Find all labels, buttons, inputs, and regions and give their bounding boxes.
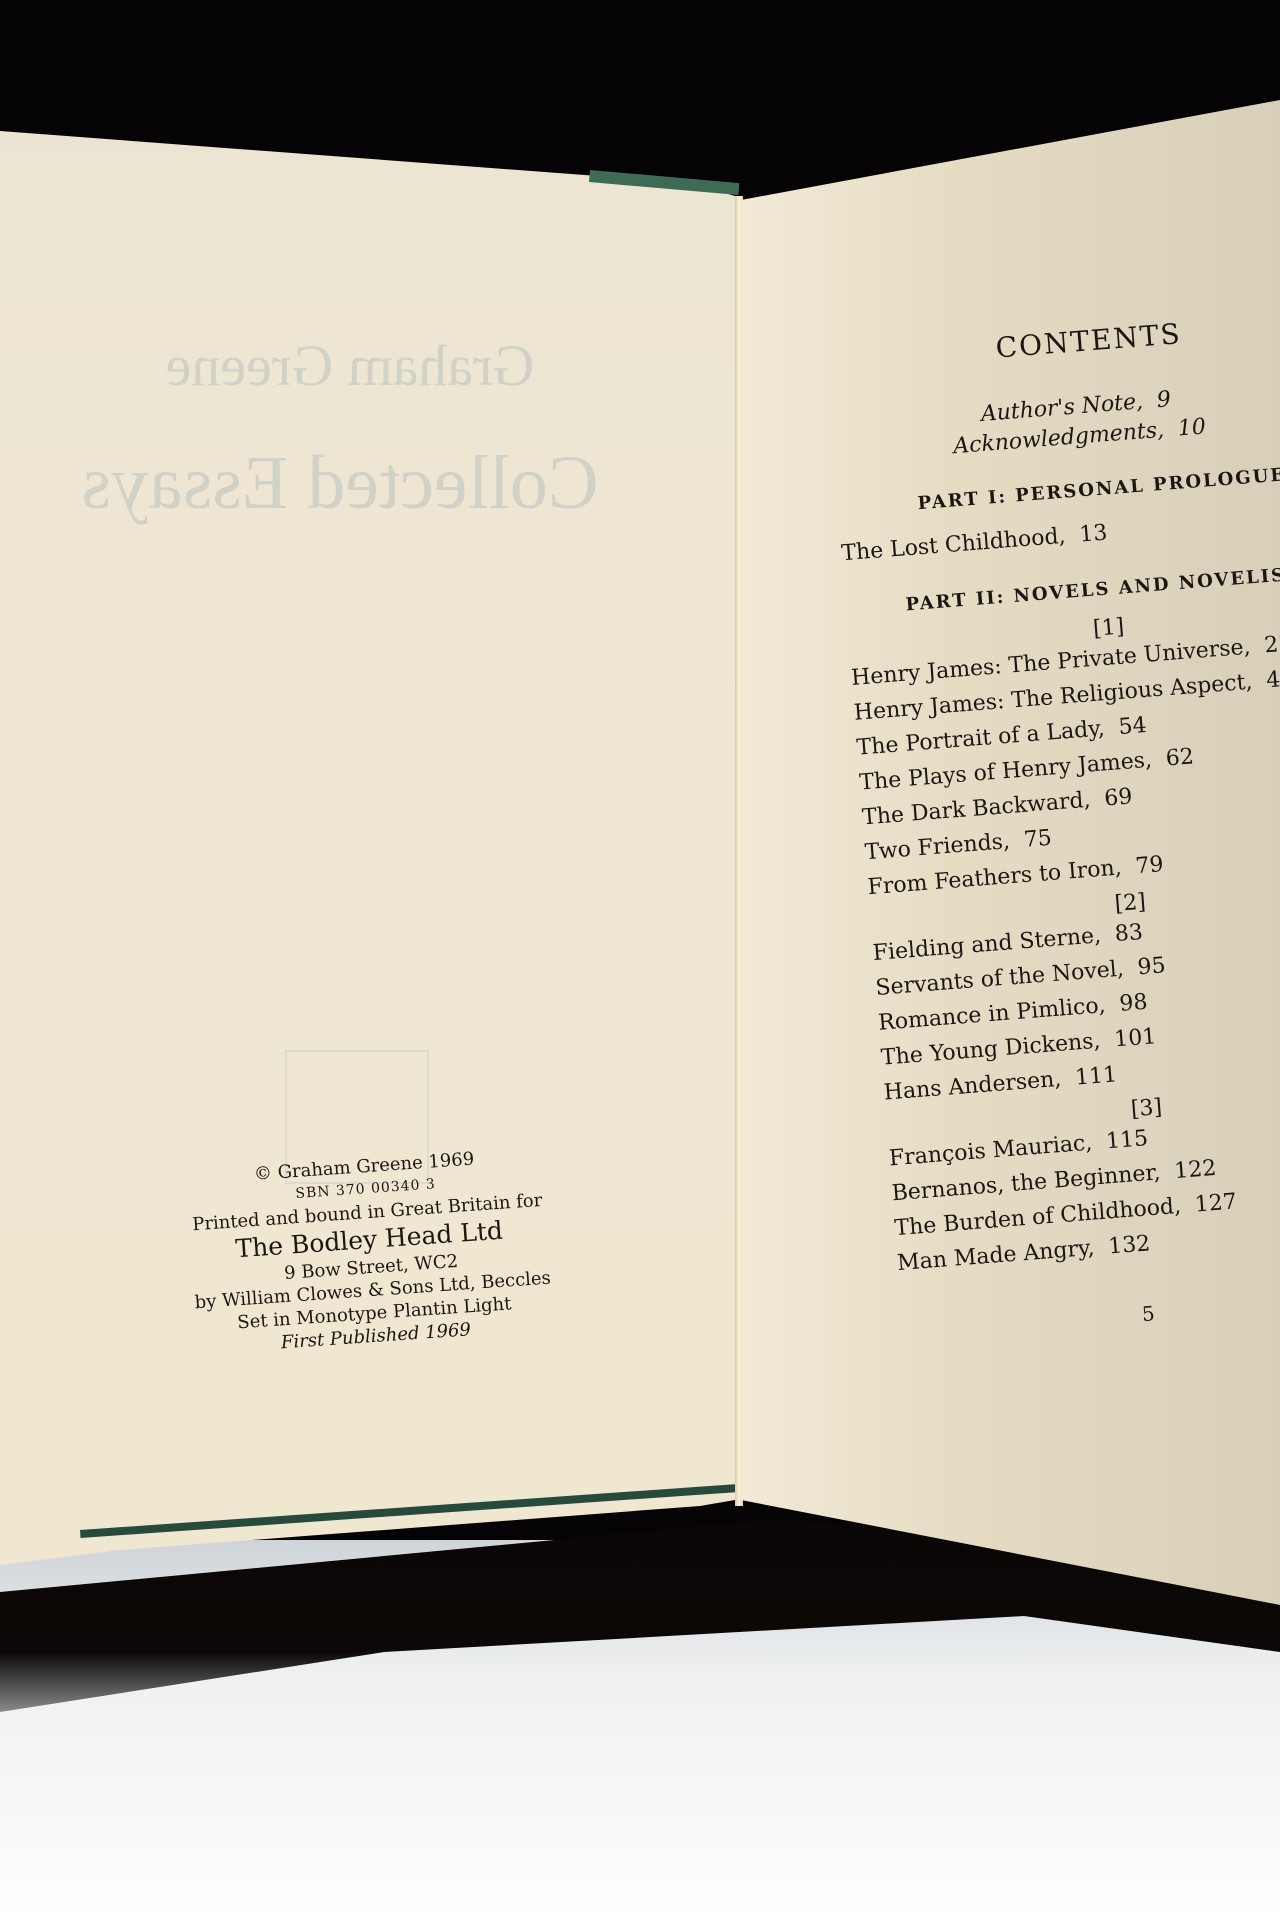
toc-page: 122 [1173,1156,1217,1184]
toc-page: 9 [1156,387,1172,413]
toc-page: 62 [1165,744,1195,771]
toc-page: 83 [1114,920,1144,947]
showthrough-title: Collected Essays [60,440,620,527]
toc-entry: The Lost Childhood,13 [840,496,1280,572]
toc-page: 69 [1103,784,1133,811]
toc-page: 10 [1177,414,1207,441]
toc-page: 75 [1023,826,1053,853]
toc-page: 13 [1078,520,1108,547]
toc-page: 23 [1263,631,1280,658]
toc-page: 95 [1137,953,1167,980]
showthrough-author: Graham Greene [130,332,570,399]
toc-page: 111 [1074,1062,1118,1090]
toc-page: 41 [1265,666,1280,693]
front-matter: Author's Note,9 Acknowledgments,10 [830,371,1280,472]
toc-title: Hans Andersen, [883,1067,1062,1106]
contents-page: CONTENTS Author's Note,9 Acknowledgments… [825,304,1280,1345]
toc-page: 127 [1194,1189,1238,1217]
toc-page: 98 [1118,990,1148,1017]
toc-page: 132 [1107,1231,1151,1259]
toc-page: 54 [1118,713,1148,740]
imprint-block: © Graham Greene 1969 SBN 370 00340 3 Pri… [164,1141,576,1361]
toc-title: The Lost Childhood, [840,524,1066,567]
toc-page: 79 [1135,852,1165,879]
toc-page: 101 [1113,1024,1157,1052]
toc-page: 115 [1105,1126,1149,1154]
